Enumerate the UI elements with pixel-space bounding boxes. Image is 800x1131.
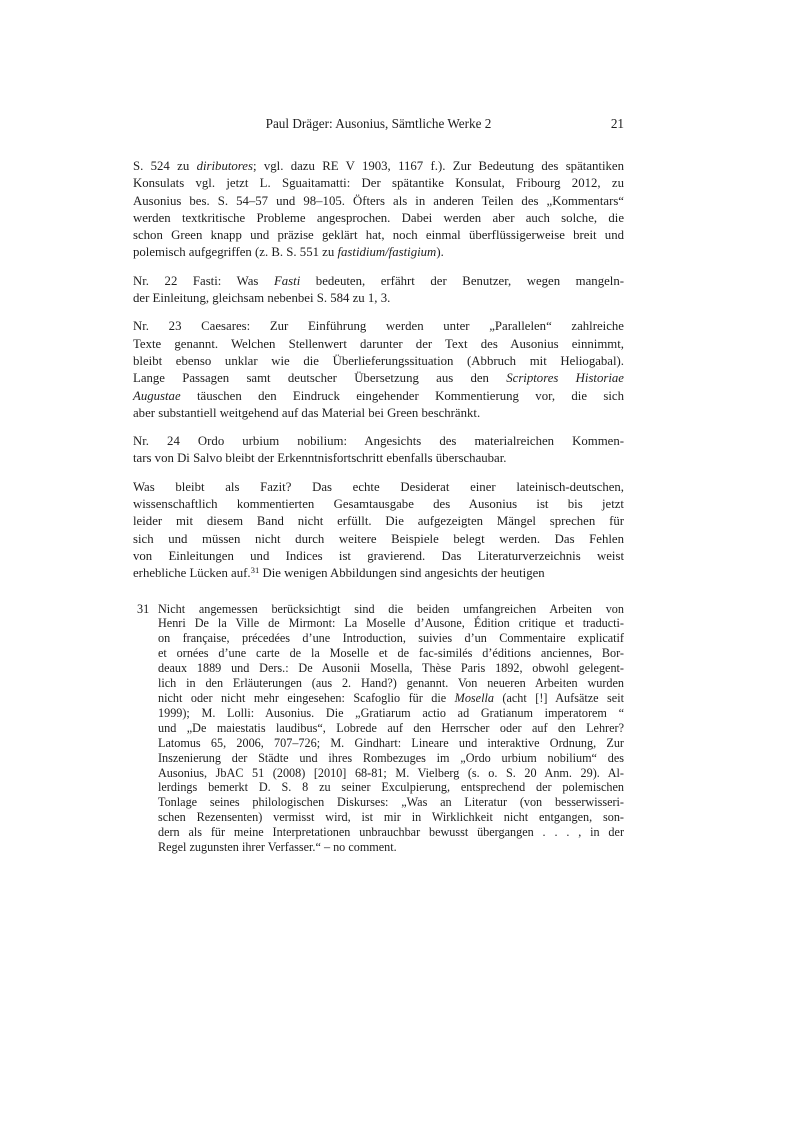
text-run: schon Green knapp und präzise geklärt ha…: [133, 228, 624, 242]
text-run: wissenschaftlich kommentierten Gesamtaus…: [133, 497, 624, 511]
text-run: und „De maiestatis laudibus“, Lobrede au…: [158, 721, 624, 735]
text-run: Tonlage seines philologischen Diskurses:…: [158, 795, 624, 809]
text-line: Henri De la Ville de Mirmont: La Moselle…: [158, 616, 624, 631]
text-line: Lange Passagen samt deutscher Übersetzun…: [133, 370, 624, 387]
text-line: und „De maiestatis laudibus“, Lobrede au…: [158, 721, 624, 736]
text-run: bedeuten, erfährt der Benutzer, wegen ma…: [300, 274, 624, 288]
text-line: Ausonius bes. S. 54–57 und 98–105. Öfter…: [133, 193, 624, 210]
text-run: 1999); M. Lolli: Ausonius. Die „Gratiaru…: [158, 706, 624, 720]
text-line: Nr. 22 Fasti: Was Fasti bedeuten, erfähr…: [133, 273, 624, 290]
text-run: Was bleibt als Fazit? Das echte Desidera…: [133, 480, 624, 494]
italic-text: fastidium/fastigium: [337, 245, 436, 259]
page-header: Paul Dräger: Ausonius, Sämtliche Werke 2…: [133, 115, 624, 132]
text-run: Ausonius, JbAC 51 (2008) [2010] 68-81; M…: [158, 766, 624, 780]
text-run: der Einleitung, gleichsam nebenbei S. 58…: [133, 291, 390, 305]
text-run: Die wenigen Abbildungen sind angesichts …: [259, 566, 544, 580]
text-line: von Einleitungen und Indices ist gravier…: [133, 548, 624, 565]
text-line: aber substantiell weitgehend auf das Mat…: [133, 405, 624, 422]
paragraph-nr23-caesares: Nr. 23 Caesares: Zur Einführung werden u…: [133, 318, 624, 422]
paragraph-opening: S. 524 zu diributores; vgl. dazu RE V 19…: [133, 158, 624, 262]
review-body: S. 524 zu diributores; vgl. dazu RE V 19…: [133, 158, 624, 584]
text-line: S. 524 zu diributores; vgl. dazu RE V 19…: [133, 158, 624, 175]
text-run: Lange Passagen samt deutscher Übersetzun…: [133, 371, 506, 385]
italic-text: Mosella: [455, 691, 494, 705]
text-run: dern als für meine Interpretationen unbr…: [158, 825, 624, 839]
footnote-number: 31: [133, 602, 158, 855]
text-run: Texte genannt. Welchen Stellenwert darun…: [133, 337, 624, 351]
footnote-31: 31 Nicht angemessen berücksichtigt sind …: [133, 602, 624, 855]
text-line: lich in den Erläuterungen (aus 2. Hand?)…: [158, 676, 624, 691]
text-run: täuschen den Eindruck eingehender Kommen…: [181, 389, 624, 403]
paragraph-nr24-ordo: Nr. 24 Ordo urbium nobilium: Angesichts …: [133, 433, 624, 468]
text-run: deaux 1889 und Ders.: De Ausonii Mosella…: [158, 661, 624, 675]
text-run: S. 524 zu: [133, 159, 197, 173]
text-run: werden textkritische Probleme angesproch…: [133, 211, 624, 225]
text-run: tars von Di Salvo bleibt der Erkenntnisf…: [133, 451, 507, 465]
text-run: Latomus 65, 2006, 707–726; M. Gindhart: …: [158, 736, 624, 750]
text-line: deaux 1889 und Ders.: De Ausonii Mosella…: [158, 661, 624, 676]
text-line: Inszenierung der Städte und ihres Rombez…: [158, 751, 624, 766]
text-run: Ausonius bes. S. 54–57 und 98–105. Öfter…: [133, 194, 624, 208]
text-run: erhebliche Lücken auf.: [133, 566, 251, 580]
text-run: Nr. 23 Caesares: Zur Einführung werden u…: [133, 319, 624, 333]
text-line: Regel zugunsten ihrer Verfasser.“ – no c…: [158, 840, 624, 855]
italic-text: diributores: [197, 159, 253, 173]
italic-text: Augustae: [133, 389, 181, 403]
text-run: Regel zugunsten ihrer Verfasser.“ – no c…: [158, 840, 397, 854]
text-line: der Einleitung, gleichsam nebenbei S. 58…: [133, 290, 624, 307]
footnote-marker: 31: [251, 565, 260, 575]
text-line: sich und müssen nicht durch weitere Beis…: [133, 531, 624, 548]
italic-text: Fasti: [274, 274, 300, 288]
text-run: lich in den Erläuterungen (aus 2. Hand?)…: [158, 676, 624, 690]
text-line: wissenschaftlich kommentierten Gesamtaus…: [133, 496, 624, 513]
text-block: Paul Dräger: Ausonius, Sämtliche Werke 2…: [133, 115, 624, 855]
text-run: sich und müssen nicht durch weitere Beis…: [133, 532, 624, 546]
text-line: dern als für meine Interpretationen unbr…: [158, 825, 624, 840]
text-run: Nr. 22 Fasti: Was: [133, 274, 274, 288]
text-run: von Einleitungen und Indices ist gravier…: [133, 549, 624, 563]
text-run: Nicht angemessen berücksichtigt sind die…: [158, 602, 624, 616]
footnote-text: Nicht angemessen berücksichtigt sind die…: [158, 602, 624, 855]
text-run: on française, précedées d’une Introducti…: [158, 631, 624, 645]
italic-text: Scriptores Historiae: [506, 371, 624, 385]
text-line: Nicht angemessen berücksichtigt sind die…: [158, 602, 624, 617]
text-run: (acht [!] Aufsätze seit: [494, 691, 624, 705]
text-line: schen Rezensenten) vermisst wird, ist mi…: [158, 810, 624, 825]
text-line: on française, précedées d’une Introducti…: [158, 631, 624, 646]
text-run: polemisch aufgegriffen (z. B. S. 551 zu: [133, 245, 337, 259]
text-run: lerdings bemerkt D. S. 8 zu seiner Excul…: [158, 780, 624, 794]
text-run: Nr. 24 Ordo urbium nobilium: Angesichts …: [133, 434, 624, 448]
text-line: lerdings bemerkt D. S. 8 zu seiner Excul…: [158, 780, 624, 795]
text-line: erhebliche Lücken auf.31 Die wenigen Abb…: [133, 565, 624, 583]
text-line: Was bleibt als Fazit? Das echte Desidera…: [133, 479, 624, 496]
text-line: tars von Di Salvo bleibt der Erkenntnisf…: [133, 450, 624, 467]
running-title: Paul Dräger: Ausonius, Sämtliche Werke 2: [266, 116, 492, 131]
text-line: 1999); M. Lolli: Ausonius. Die „Gratiaru…: [158, 706, 624, 721]
text-line: Tonlage seines philologischen Diskurses:…: [158, 795, 624, 810]
text-line: Texte genannt. Welchen Stellenwert darun…: [133, 336, 624, 353]
text-line: leider mit diesem Band nicht erfüllt. Di…: [133, 513, 624, 530]
text-run: Henri De la Ville de Mirmont: La Moselle…: [158, 616, 624, 630]
text-line: Augustae täuschen den Eindruck eingehend…: [133, 388, 624, 405]
text-line: et ornées d’une carte de la Moselle et d…: [158, 646, 624, 661]
printed-page: Paul Dräger: Ausonius, Sämtliche Werke 2…: [0, 0, 800, 1131]
text-line: schon Green knapp und präzise geklärt ha…: [133, 227, 624, 244]
text-line: Latomus 65, 2006, 707–726; M. Gindhart: …: [158, 736, 624, 751]
text-run: ).: [436, 245, 443, 259]
text-line: Ausonius, JbAC 51 (2008) [2010] 68-81; M…: [158, 766, 624, 781]
text-line: Nr. 24 Ordo urbium nobilium: Angesichts …: [133, 433, 624, 450]
text-line: polemisch aufgegriffen (z. B. S. 551 zu …: [133, 244, 624, 261]
text-run: nicht oder nicht mehr eingesehen: Scafog…: [158, 691, 455, 705]
text-line: Nr. 23 Caesares: Zur Einführung werden u…: [133, 318, 624, 335]
text-run: schen Rezensenten) vermisst wird, ist mi…: [158, 810, 624, 824]
paragraph-fazit: Was bleibt als Fazit? Das echte Desidera…: [133, 479, 624, 584]
text-run: leider mit diesem Band nicht erfüllt. Di…: [133, 514, 624, 528]
text-line: Konsulats vgl. jetzt L. Sguaitamatti: De…: [133, 175, 624, 192]
text-run: Inszenierung der Städte und ihres Rombez…: [158, 751, 624, 765]
text-run: et ornées d’une carte de la Moselle et d…: [158, 646, 624, 660]
text-run: bleibt ebenso unklar wie die Überlieferu…: [133, 354, 624, 368]
page-number: 21: [611, 115, 624, 132]
text-line: bleibt ebenso unklar wie die Überlieferu…: [133, 353, 624, 370]
text-run: Konsulats vgl. jetzt L. Sguaitamatti: De…: [133, 176, 624, 190]
text-run: aber substantiell weitgehend auf das Mat…: [133, 406, 480, 420]
paragraph-nr22-fasti: Nr. 22 Fasti: Was Fasti bedeuten, erfähr…: [133, 273, 624, 308]
text-line: werden textkritische Probleme angesproch…: [133, 210, 624, 227]
text-line: nicht oder nicht mehr eingesehen: Scafog…: [158, 691, 624, 706]
text-run: ; vgl. dazu RE V 1903, 1167 f.). Zur Bed…: [253, 159, 624, 173]
